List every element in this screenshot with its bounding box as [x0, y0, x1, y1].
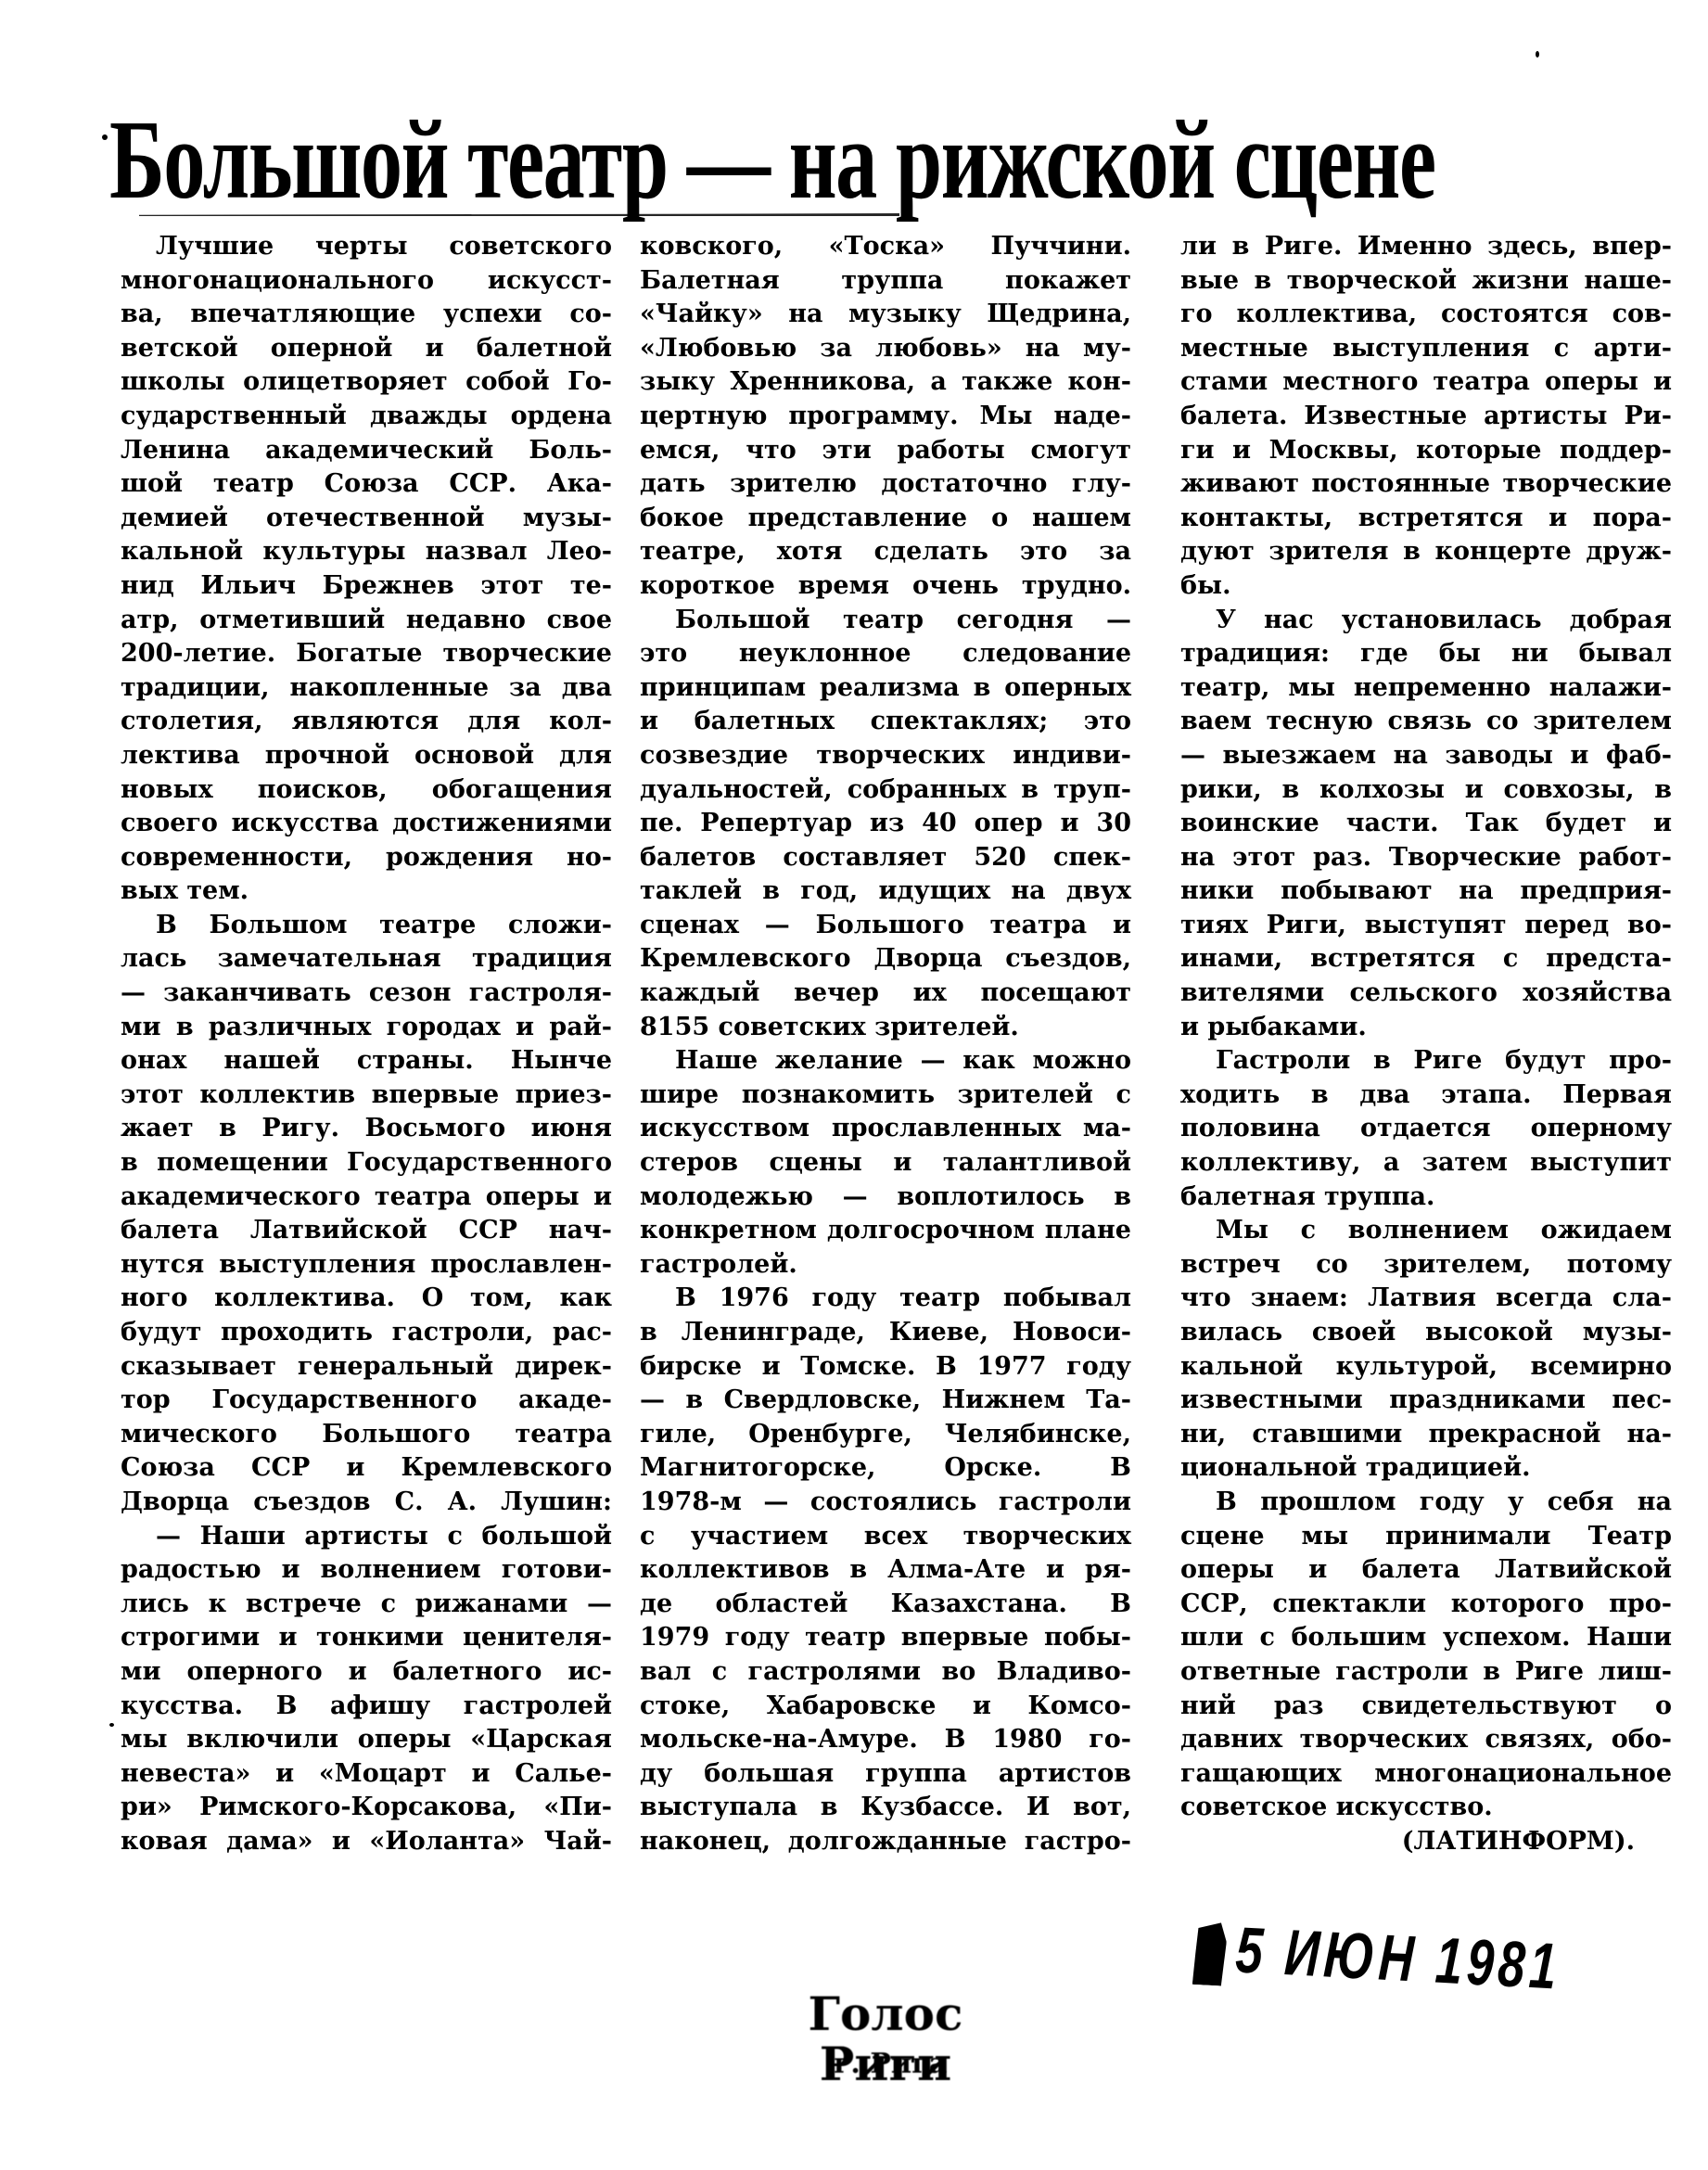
text-line: сценах — Большого театра и	[640, 909, 1131, 943]
text-line: бирске и Томске. В 1977 году	[640, 1350, 1131, 1385]
text-line: на этот раз. Творческие работ-	[1180, 841, 1672, 875]
text-line: сказывает генеральный дирек-	[121, 1350, 612, 1385]
text-line: нутся выступления прославлен-	[121, 1248, 612, 1283]
text-line: академического театра оперы и	[121, 1181, 612, 1215]
text-line: «Чайку» на музыку Щедрина,	[640, 298, 1131, 332]
text-line: кальной культурой, всемирно	[1180, 1350, 1672, 1385]
text-line: шой театр Союза ССР. Ака-	[121, 467, 612, 502]
text-line: Кремлевского Дворца съездов,	[640, 942, 1131, 976]
text-line: гиле, Оренбурге, Челябинске,	[640, 1418, 1131, 1452]
text-line: атр, отметивший недавно свое	[121, 604, 612, 638]
text-line: дать зрителю достаточно глу-	[640, 467, 1131, 502]
text-line: онах нашей страны. Нынче	[121, 1044, 612, 1079]
text-line: контакты, встретятся и пора-	[1180, 502, 1672, 536]
scan-speck	[102, 134, 108, 140]
text-line: В Большом театре сложи-	[121, 909, 612, 943]
text-line: — в Свердловске, Нижнем Та-	[640, 1384, 1131, 1418]
text-line: стоке, Хабаровске и Комсо-	[640, 1690, 1131, 1724]
text-line: Наше желание — как можно	[640, 1044, 1131, 1079]
text-line: ССР, спектакли которого про-	[1180, 1588, 1672, 1622]
text-line: своего искусства достижениями	[121, 807, 612, 841]
text-line: с участием всех творческих	[640, 1520, 1131, 1554]
headline: Большой театр — на рижской сцене	[109, 109, 1647, 211]
text-line: Союза ССР и Кремлевского	[121, 1451, 612, 1486]
text-line: Гастроли в Риге будут про-	[1180, 1044, 1672, 1079]
text-line: лектива прочной основой для	[121, 739, 612, 773]
text-line: и балетных спектаклях; это	[640, 705, 1131, 739]
article-column-3: ли в Риге. Именно здесь, впер-вые в твор…	[1180, 230, 1672, 1859]
text-line: балета. Известные артисты Ри-	[1180, 400, 1672, 434]
text-line: Балетная труппа покажет	[640, 264, 1131, 299]
text-line: школы олицетворяет собой Го-	[121, 365, 612, 400]
text-line: 1978-м — состоялись гастроли	[640, 1486, 1131, 1520]
article-column-1: Лучшие черты советскогомногонациональног…	[121, 230, 612, 1859]
text-line: этот коллектив впервые приез-	[121, 1079, 612, 1113]
text-line: наконец, долгожданные гастро-	[640, 1825, 1131, 1859]
text-line: пе. Репертуар из 40 опер и 30	[640, 807, 1131, 841]
stamp-day: 5	[1234, 1913, 1269, 1987]
text-line: ники побывают на предприя-	[1180, 874, 1672, 909]
text-line: балетная труппа.	[1180, 1181, 1672, 1215]
text-line: — Наши артисты с большой	[121, 1520, 612, 1554]
text-line: ний раз свидетельствуют о	[1180, 1690, 1672, 1724]
text-line: дуют зрителя в концерте друж-	[1180, 535, 1672, 569]
text-line: ги и Москвы, которые поддер-	[1180, 434, 1672, 468]
text-line: ковского, «Тоска» Пуччини.	[640, 230, 1131, 264]
article-column-2: ковского, «Тоска» Пуччини.Балетная трупп…	[640, 230, 1131, 1859]
stamp-month: ИЮН	[1283, 1916, 1421, 1995]
text-line: тиях Риги, выступят перед во-	[1180, 909, 1672, 943]
text-line: зыку Хренникова, а также кон-	[640, 365, 1131, 400]
text-line: в помещении Государственного	[121, 1146, 612, 1181]
text-line: молодежью — воплотилось в	[640, 1181, 1131, 1215]
text-line: ми в различных городах и рай-	[121, 1011, 612, 1045]
text-line: емся, что эти работы смогут	[640, 434, 1131, 468]
text-line: У нас установилась добрая	[1180, 604, 1672, 638]
text-line: вых тем.	[121, 874, 612, 909]
text-line: стами местного театра оперы и	[1180, 365, 1672, 400]
text-line: го коллектива, состоятся сов-	[1180, 298, 1672, 332]
text-line: местные выступления с арти-	[1180, 332, 1672, 366]
text-line: вителями сельского хозяйства	[1180, 976, 1672, 1011]
text-line: это неуклонное следование	[640, 637, 1131, 671]
text-line: Дворца съездов С. А. Лушин:	[121, 1486, 612, 1520]
text-line: ва, впечатляющие успехи со-	[121, 298, 612, 332]
text-line: ри» Римского-Корсакова, «Пи-	[121, 1791, 612, 1825]
text-line: бы.	[1180, 569, 1672, 604]
text-line: балетов составляет 520 спек-	[640, 841, 1131, 875]
text-line: — выезжаем на заводы и фаб-	[1180, 739, 1672, 773]
text-line: радостью и волнением готови-	[121, 1553, 612, 1588]
text-line: принципам реализма в оперных	[640, 671, 1131, 706]
text-line: цертную программу. Мы наде-	[640, 400, 1131, 434]
text-line: ми оперного и балетного ис-	[121, 1655, 612, 1690]
text-line: короткое время очень трудно.	[640, 569, 1131, 604]
text-line: традиции, накопленные за два	[121, 671, 612, 706]
text-line: конкретном долгосрочном плане	[640, 1214, 1131, 1248]
stamp-emblem-icon	[1192, 1921, 1228, 1986]
text-line: ни, ставшими прекрасной на-	[1180, 1418, 1672, 1452]
text-line: Мы с волнением ожидаем	[1180, 1214, 1672, 1248]
text-line: вилась своей высокой музы-	[1180, 1316, 1672, 1350]
text-line: что знаем: Латвия всегда сла-	[1180, 1282, 1672, 1316]
text-line: ходить в два этапа. Первая	[1180, 1079, 1672, 1113]
byline: (ЛАТИНФОРМ).	[1180, 1825, 1672, 1859]
text-line: В 1976 году театр побывал	[640, 1282, 1131, 1316]
text-line: В прошлом году у себя на	[1180, 1486, 1672, 1520]
text-line: шире познакомить зрителей с	[640, 1079, 1131, 1113]
text-line: кусства. В афишу гастролей	[121, 1690, 612, 1724]
text-line: 1979 году театр впервые побы-	[640, 1621, 1131, 1655]
text-line: коллективу, а затем выступит	[1180, 1146, 1672, 1181]
text-line: де областей Казахстана. В	[640, 1588, 1131, 1622]
scan-speck	[109, 1723, 114, 1727]
text-line: стеров сцены и талантливой	[640, 1146, 1131, 1181]
text-line: созвездие творческих индиви-	[640, 739, 1131, 773]
text-line: вые в творческой жизни наше-	[1180, 264, 1672, 299]
text-line: балета Латвийской ССР нач-	[121, 1214, 612, 1248]
text-line: тор Государственного акаде-	[121, 1384, 612, 1418]
text-line: современности, рождения но-	[121, 841, 612, 875]
text-line: гастролей.	[640, 1248, 1131, 1283]
text-line: ваем тесную связь со зрителем	[1180, 705, 1672, 739]
text-line: сцене мы принимали Театр	[1180, 1520, 1672, 1554]
text-line: сударственный дважды ордена	[121, 400, 612, 434]
newspaper-city-stamp: г. Рига	[797, 2048, 983, 2080]
text-line: строгими и тонкими ценителя-	[121, 1621, 612, 1655]
text-line: мольске-на-Амуре. В 1980 го-	[640, 1723, 1131, 1757]
text-line: воинские части. Так будет и	[1180, 807, 1672, 841]
text-line: многонационального искусст-	[121, 264, 612, 299]
text-line: 200-летие. Богатые творческие	[121, 637, 612, 671]
text-line: циональной традицией.	[1180, 1451, 1672, 1486]
text-line: оперы и балета Латвийской	[1180, 1553, 1672, 1588]
text-line: лась замечательная традиция	[121, 942, 612, 976]
text-line: бокое представление о нашем	[640, 502, 1131, 536]
text-line: выступала в Кузбассе. И вот,	[640, 1791, 1131, 1825]
text-line: «Любовью за любовь» на му-	[640, 332, 1131, 366]
text-line: известными праздниками пес-	[1180, 1384, 1672, 1418]
text-line: коллективов в Алма-Ате и ря-	[640, 1553, 1131, 1588]
text-line: гащающих многонациональное	[1180, 1757, 1672, 1792]
text-line: традиция: где бы ни бывал	[1180, 637, 1672, 671]
text-line: лись к встрече с рижанами —	[121, 1588, 612, 1622]
text-line: Лучшие черты советского	[121, 230, 612, 264]
text-line: 8155 советских зрителей.	[640, 1011, 1131, 1045]
text-line: Большой театр сегодня —	[640, 604, 1131, 638]
text-line: таклей в год, идущих на двух	[640, 874, 1131, 909]
text-line: ного коллектива. О том, как	[121, 1282, 612, 1316]
text-line: вал с гастролями во Владиво-	[640, 1655, 1131, 1690]
text-line: кальной культуры назвал Лео-	[121, 535, 612, 569]
text-line: ковая дама» и «Иоланта» Чай-	[121, 1825, 612, 1859]
text-line: советское искусство.	[1180, 1791, 1672, 1825]
text-line: инами, встретятся с предста-	[1180, 942, 1672, 976]
text-line: будут проходить гастроли, рас-	[121, 1316, 612, 1350]
text-line: Ленина академический Боль-	[121, 434, 612, 468]
text-line: столетия, являются для кол-	[121, 705, 612, 739]
scan-speck	[1536, 51, 1539, 57]
text-line: — заканчивать сезон гастроля-	[121, 976, 612, 1011]
text-line: невеста» и «Моцарт и Салье-	[121, 1757, 612, 1792]
text-line: живают постоянные творческие	[1180, 467, 1672, 502]
text-line: встреч со зрителем, потому	[1180, 1248, 1672, 1283]
text-line: ответные гастроли в Риге лиш-	[1180, 1655, 1672, 1690]
text-line: ветской оперной и балетной	[121, 332, 612, 366]
text-line: и рыбаками.	[1180, 1011, 1672, 1045]
text-line: нид Ильич Брежнев этот те-	[121, 569, 612, 604]
text-line: новых поисков, обогащения	[121, 773, 612, 808]
text-line: в Ленинграде, Киеве, Новоси-	[640, 1316, 1131, 1350]
text-line: половина отдается оперному	[1180, 1112, 1672, 1146]
text-line: дуальностей, собранных в труп-	[640, 773, 1131, 808]
text-line: давних творческих связях, обо-	[1180, 1723, 1672, 1757]
text-line: каждый вечер их посещают	[640, 976, 1131, 1011]
text-line: шли с большим успехом. Наши	[1180, 1621, 1672, 1655]
text-line: жает в Ригу. Восьмого июня	[121, 1112, 612, 1146]
text-line: мического Большого театра	[121, 1418, 612, 1452]
text-line: ли в Риге. Именно здесь, впер-	[1180, 230, 1672, 264]
text-line: ду большая группа артистов	[640, 1757, 1131, 1792]
text-line: театре, хотя сделать это за	[640, 535, 1131, 569]
stamp-year: 1981	[1434, 1924, 1562, 2003]
text-line: демией отечественной музы-	[121, 502, 612, 536]
text-line: искусством прославленных ма-	[640, 1112, 1131, 1146]
date-stamp: 5 ИЮН 1981	[1192, 1910, 1562, 2004]
text-line: рики, в колхозы и совхозы, в	[1180, 773, 1672, 808]
text-line: театр, мы непременно налажи-	[1180, 671, 1672, 706]
text-line: мы включили оперы «Царская	[121, 1723, 612, 1757]
text-line: Магнитогорске, Орске. В	[640, 1451, 1131, 1486]
